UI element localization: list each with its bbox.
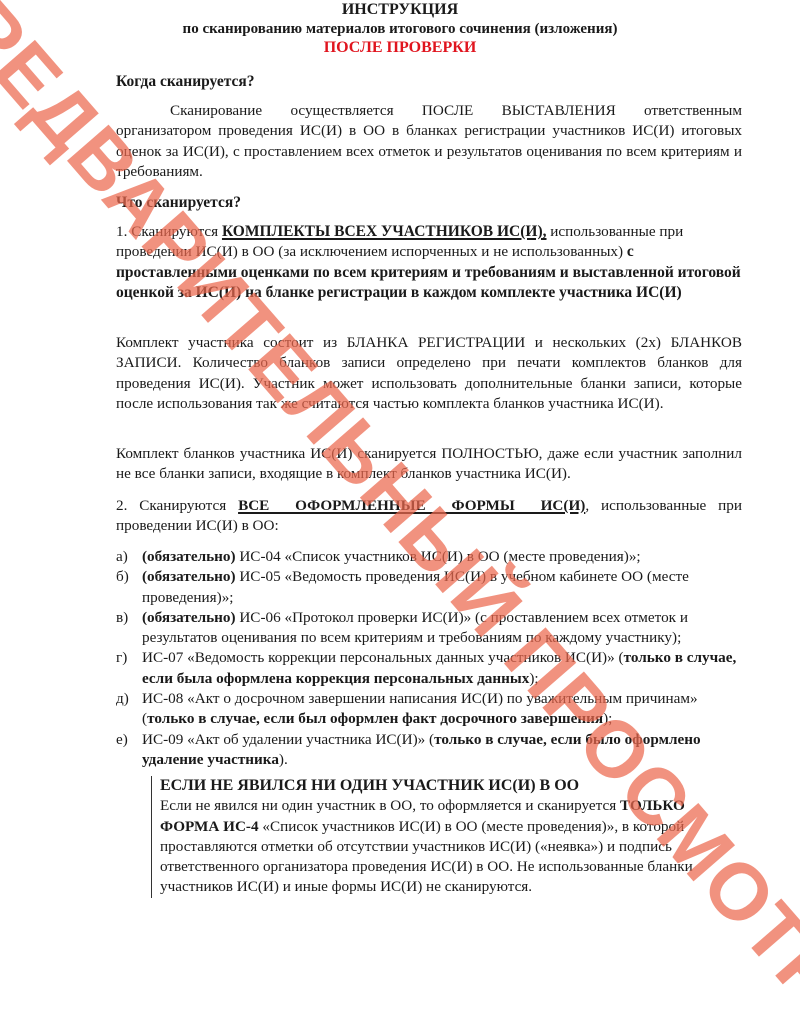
- item-2-forms: 2. Сканируются ВСЕ ОФОРМЛЕННЫЕ ФОРМЫ ИС(…: [116, 496, 742, 537]
- form-tail: ).: [279, 751, 288, 768]
- section-heading-what: Что сканируется?: [116, 193, 742, 213]
- item-2-prefix: 2. Сканируются: [116, 497, 238, 514]
- list-marker: е): [116, 730, 128, 750]
- mandatory-label: (обязательно): [142, 548, 236, 565]
- list-item: е)ИС-09 «Акт об удалении участника ИС(И)…: [116, 730, 742, 771]
- list-item: д)ИС-08 «Акт о досрочном завершении напи…: [116, 689, 742, 730]
- list-item: г)ИС-07 «Ведомость коррекции персональны…: [116, 648, 742, 689]
- list-item: а)(обязательно) ИС-04 «Список участников…: [116, 547, 742, 567]
- item-1-prefix: 1. Сканируются: [116, 223, 222, 240]
- form-text: ИС-07 «Ведомость коррекции персональных …: [142, 649, 624, 666]
- list-marker: б): [116, 567, 129, 587]
- no-show-callout: ЕСЛИ НЕ ЯВИЛСЯ НИ ОДИН УЧАСТНИК ИС(И) В …: [151, 776, 745, 898]
- callout-text-pre: Если не явился ни один участник в ОО, то…: [160, 797, 620, 814]
- form-text: ИС-09 «Акт об удалении участника ИС(И)» …: [142, 731, 434, 748]
- item-1-emphasis: КОМПЛЕКТЫ ВСЕХ УЧАСТНИКОВ ИС(И),: [222, 223, 547, 240]
- kit-composition-paragraph: Комплект участника состоит из БЛАНКА РЕГ…: [116, 333, 742, 414]
- form-tail: );: [603, 710, 612, 727]
- list-marker: в): [116, 608, 128, 628]
- form-tail: );: [529, 670, 538, 687]
- document-title: ИНСТРУКЦИЯ: [0, 1, 800, 19]
- list-marker: д): [116, 689, 129, 709]
- document-subtitle: по сканированию материалов итогового соч…: [0, 21, 800, 38]
- when-paragraph: Сканирование осуществляется ПОСЛЕ ВЫСТАВ…: [116, 101, 742, 182]
- section-heading-when: Когда сканируется?: [116, 72, 742, 92]
- full-scan-paragraph: Комплект бланков участника ИС(И) сканиру…: [116, 444, 742, 485]
- document-page: ИНСТРУКЦИЯ по сканированию материалов ит…: [0, 0, 800, 1024]
- mandatory-label: (обязательно): [142, 568, 236, 585]
- condition-label: только в случае, если был оформлен факт …: [147, 710, 603, 727]
- forms-list: а)(обязательно) ИС-04 «Список участников…: [116, 547, 742, 770]
- stage-label: ПОСЛЕ ПРОВЕРКИ: [0, 39, 800, 57]
- list-item: в)(обязательно) ИС-06 «Протокол проверки…: [116, 608, 742, 649]
- list-marker: а): [116, 547, 128, 567]
- list-marker: г): [116, 648, 127, 668]
- list-item: б)(обязательно) ИС-05 «Ведомость проведе…: [116, 567, 742, 608]
- mandatory-label: (обязательно): [142, 609, 236, 626]
- callout-text: Если не явился ни один участник в ОО, то…: [160, 796, 745, 897]
- form-text: ИС-04 «Список участников ИС(И) в ОО (мес…: [236, 548, 641, 565]
- item-1-participant-kits: 1. Сканируются КОМПЛЕКТЫ ВСЕХ УЧАСТНИКОВ…: [116, 222, 742, 303]
- item-2-emphasis: ВСЕ ОФОРМЛЕННЫЕ ФОРМЫ ИС(И): [238, 497, 585, 514]
- callout-heading: ЕСЛИ НЕ ЯВИЛСЯ НИ ОДИН УЧАСТНИК ИС(И) В …: [160, 776, 745, 796]
